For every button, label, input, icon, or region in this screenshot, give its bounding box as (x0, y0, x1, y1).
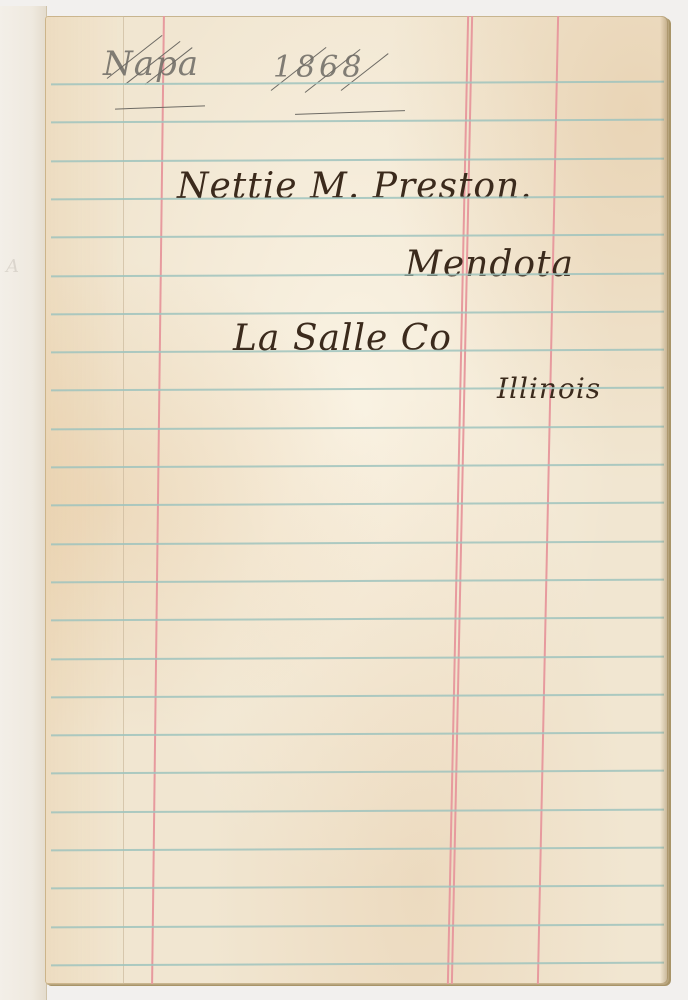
ruled-line (51, 923, 664, 928)
ruled-line (51, 885, 664, 890)
pencil-underline (115, 105, 205, 109)
red-column-line-2 (537, 16, 559, 984)
ruled-line (51, 540, 664, 545)
ruled-line (51, 808, 664, 813)
owner-name: Nettie M. Preston. (177, 166, 533, 207)
ruled-line (51, 234, 664, 239)
city-name: Mendota (405, 244, 574, 285)
ruled-line (51, 732, 664, 737)
ruled-line (51, 617, 664, 622)
ruled-line (51, 770, 664, 775)
ruled-line (51, 962, 664, 967)
pencil-underline (295, 110, 405, 115)
ruled-line (51, 847, 664, 852)
photo-scene: A Napa 1868 Nettie M. Preston. Mendota L… (0, 0, 688, 1000)
ruled-line (51, 119, 664, 124)
ruled-line (51, 579, 664, 584)
bleed-through-text: A (6, 256, 19, 277)
notebook-page: Napa 1868 Nettie M. Preston. Mendota La … (45, 16, 668, 984)
ruled-line (51, 655, 664, 660)
facing-page: A (0, 6, 47, 1000)
red-column-line-1a (447, 16, 469, 984)
ruled-line (51, 310, 664, 315)
red-column-line-1b (451, 16, 473, 984)
county-name: La Salle Co (233, 318, 452, 359)
ruled-line (51, 464, 664, 469)
ruled-line (51, 502, 664, 507)
ruled-line (51, 693, 664, 698)
ruled-line (51, 157, 664, 162)
ruled-line (51, 425, 664, 430)
